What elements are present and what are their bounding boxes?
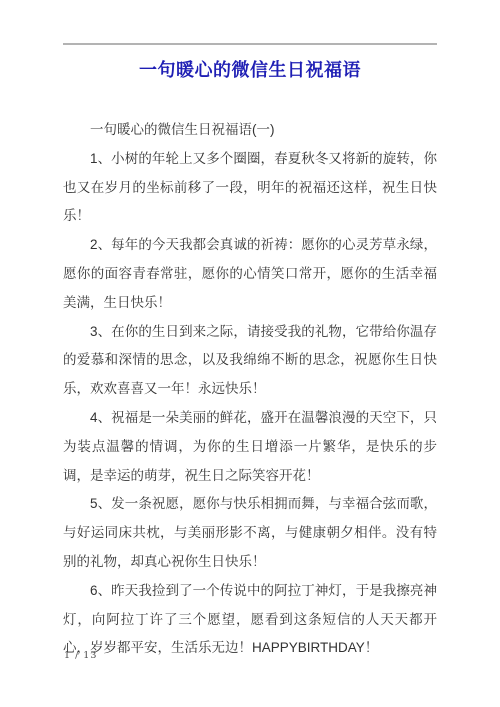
page-title: 一句暖心的微信生日祝福语 bbox=[0, 56, 500, 82]
document-body: 一句暖心的微信生日祝福语(一) 1、小树的年轮上又多个圈圈，春夏秋冬又将新的旋转… bbox=[63, 116, 437, 663]
paragraph: 5、发一条祝愿，愿你与快乐相拥而舞，与幸福合弦而歌，与好运同床共枕，与美丽形影不… bbox=[63, 490, 437, 576]
paragraph: 4、祝福是一朵美丽的鲜花，盛开在温馨浪漫的天空下，只为装点温馨的情调，为你的生日… bbox=[63, 404, 437, 490]
document-page: 一句暖心的微信生日祝福语 一句暖心的微信生日祝福语(一) 1、小树的年轮上又多个… bbox=[0, 0, 500, 707]
paragraph: 2、每年的今天我都会真诚的祈祷：愿你的心灵芳草永绿，愿你的面容青春常驻，愿你的心… bbox=[63, 231, 437, 317]
doc-heading: 一句暖心的微信生日祝福语(一) bbox=[63, 116, 437, 145]
paragraph: 3、在你的生日到来之际，请接受我的礼物，它带给你温存的爱慕和深情的思念，以及我绵… bbox=[63, 318, 437, 404]
paragraph: 1、小树的年轮上又多个圈圈，春夏秋冬又将新的旋转，你也又在岁月的坐标前移了一段，… bbox=[63, 145, 437, 231]
page-number: 1 / 13 bbox=[64, 650, 97, 661]
paragraph: 6、昨天我捡到了一个传说中的阿拉丁神灯，于是我擦亮神灯，向阿拉丁许了三个愿望，愿… bbox=[63, 577, 437, 663]
header-divider bbox=[63, 43, 437, 45]
